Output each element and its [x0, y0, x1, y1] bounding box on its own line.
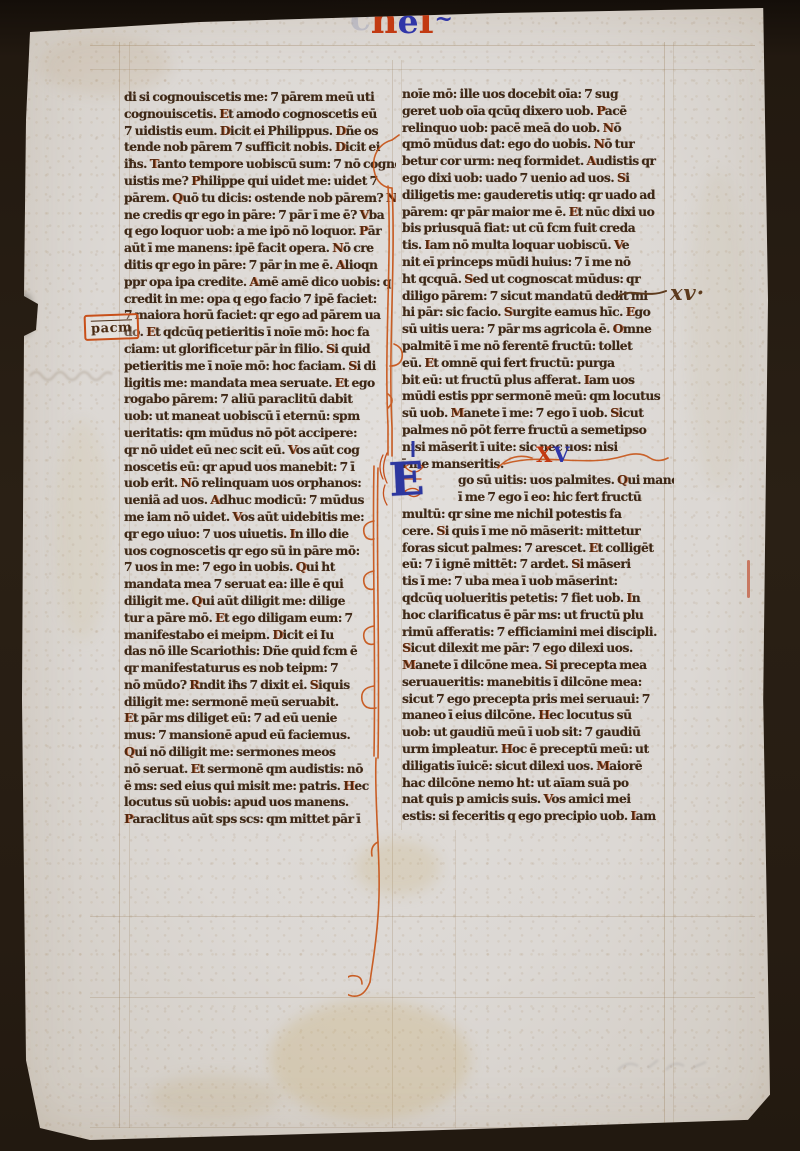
text-line: mūdi estis ppr sermonē meū: qm locutus [402, 388, 674, 405]
text-line: qmō mūdus dat: ego do uobis. Nō tur [402, 136, 674, 153]
text-line: uob: ut maneat uobiscū ī eternū: spm [124, 408, 396, 425]
text-line: geret uob oīa qcūq dixero uob. Pacē [402, 103, 674, 120]
text-line: noīe mō: ille uos docebit oīa: 7 sug [402, 86, 674, 103]
text-line: ueniā ad uos. Adhuc modicū: 7 mūdus [124, 492, 396, 509]
text-line: q ego loquor uob: a me ipō nō loquor. Pā… [124, 223, 396, 240]
text-line: me iam nō uidet. Vos aūt uidebitis me: [124, 509, 396, 526]
text-line: diligit me: sermonē meū seruabit. [124, 694, 396, 711]
text-line: iħs. Tanto tempore uobiscū sum: 7 nō cog… [124, 156, 396, 173]
red-margin-tick [747, 560, 750, 598]
text-line: uistis me? Philippe qui uidet me: uidet … [124, 173, 396, 190]
parchment-stain [270, 1000, 470, 1120]
text-line: qdcūq uolueritis petetis: 7 fiet uob. In [402, 590, 674, 607]
running-header-letter: ~ [435, 8, 451, 30]
ruling-line [90, 997, 755, 998]
text-line: tis ī me: 7 uba mea ī uob māserint: [402, 573, 674, 590]
parchment-stain [55, 420, 110, 640]
chapter-v: V [553, 442, 569, 467]
text-line: qr ego uiuo: 7 uos uiuetis. In illo die [124, 526, 396, 543]
text-line: foras sicut palmes: 7 arescet. Et collig… [402, 540, 674, 557]
text-line: bit eū: ut fructū plus afferat. Iam uos [402, 372, 674, 389]
chapter-number-inline: XV [536, 444, 570, 465]
initial-stem-icon [409, 441, 417, 457]
text-column-left: di si cognouiscetis me: 7 pārem meū utic… [124, 89, 396, 828]
text-line: aūt ī me manens: ipē facit opera. Nō cre [124, 240, 396, 257]
text-line: Qui nō diligit me: sermones meos [124, 744, 396, 761]
ruling-line [119, 42, 120, 1128]
running-header-letter: e [398, 5, 419, 38]
ruling-line [90, 69, 755, 70]
text-line: uos cognoscetis qr ego sū in pāre mō: [124, 543, 396, 560]
text-line: multū: qr sine me nichil potestis fa [402, 506, 674, 523]
text-line: eū: 7 ī ignē mittēt: 7 ardet. Si māseri [402, 556, 674, 573]
text-line: ego dixi uob: uado 7 uenio ad uos. Si [402, 170, 674, 187]
chapter-x: X [536, 442, 552, 467]
text-line: hac dilcōne nemo ht: ut aīam suā po [402, 775, 674, 792]
text-line: mus: 7 mansionē apud eū faciemus. [124, 727, 396, 744]
text-line: ē ms: sed eius qui misit me: patris. Hec [124, 778, 396, 795]
text-line: ueritatis: qm mūdus nō pōt accipere: [124, 425, 396, 442]
text-line: nō mūdo? Rndit iħs 7 dixit ei. Siquis [124, 677, 396, 694]
text-line: rimū afferatis: 7 efficiamini mei discip… [402, 624, 674, 641]
text-line: Manete ī dilcōne mea. Si precepta mea [402, 657, 674, 674]
text-line: palmitē ī me nō ferentē fructū: tollet [402, 338, 674, 355]
text-line: eū. Et omnē qui fert fructū: purga [402, 355, 674, 372]
text-line: uob: ut gaudiū meū ī uob sit: 7 gaudiū [402, 724, 674, 741]
text-line: diligit me. Qui aūt diligit me: dilige [124, 593, 396, 610]
parchment-stain [355, 840, 440, 895]
text-line: seruaueritis: manebitis ī dilcōne mea: [402, 674, 674, 691]
text-line: estis: si feceritis q ego precipio uob. … [402, 808, 674, 825]
swash-icon [616, 285, 668, 301]
text-line: hi pār: sic facio. Surgite eamus hīc. Eg… [402, 304, 674, 321]
text-line: sū uitis uera: 7 pār ms agricola ē. Omne [402, 321, 674, 338]
text-line: credit in me: opa q ego facio 7 ipē faci… [124, 291, 396, 308]
text-line: ditis qr ego in pāre: 7 pār in me ē. Ali… [124, 257, 396, 274]
parchment-stain [688, 170, 748, 490]
text-line: 7 maiora horū faciet: qr ego ad pārem ua [124, 307, 396, 324]
text-line: rogabo pārem: 7 aliū paraclitū dabit [124, 391, 396, 408]
text-line: ne credis qr ego in pāre: 7 pār ī me ē? … [124, 207, 396, 224]
text-line: mandata mea 7 seruat ea: ille ē qui [124, 576, 396, 593]
text-line: Sicut dilexit me pār: 7 ego dilexi uos. [402, 640, 674, 657]
parchment-stain [150, 1075, 280, 1120]
gloss-text: pacm [91, 320, 133, 336]
text-line: betur cor urm: neq formidet. Audistis qr [402, 153, 674, 170]
text-line: ligitis me: mandata mea seruate. Et ego [124, 375, 396, 392]
text-line: pārem. Quō tu dicis: ostende nob pārem? … [124, 190, 396, 207]
chapter-margin-label: xv· [670, 280, 705, 305]
text-line: tende nob pārem 7 sufficit nobis. Dicit … [124, 139, 396, 156]
ruling-line [90, 1127, 750, 1128]
running-header-letter: c [350, 2, 371, 36]
photo-backdrop: cheſ~ di si cognouiscetis me: 7 pārem me… [0, 0, 800, 1151]
text-line: qr nō uidet eū nec scit eū. Vos aūt cog [124, 442, 396, 459]
running-header-letter: h [371, 2, 398, 39]
ruling-line [455, 830, 456, 1128]
ruling-line [90, 916, 755, 917]
text-line: Et pār ms diliget eū: 7 ad eū uenie [124, 710, 396, 727]
manuscript-leaf: cheſ~ di si cognouiscetis me: 7 pārem me… [0, 0, 800, 1151]
text-line: nat quis p amicis suis. Vos amici mei [402, 791, 674, 808]
ruling-line [90, 45, 755, 46]
chapter-number-margin: xv· [616, 280, 705, 305]
text-line: noscetis eū: qr apud uos manebit: 7 ī [124, 459, 396, 476]
faint-pencil-mark [612, 1050, 722, 1080]
text-line: nit eī princeps mūdi huius: 7 ī me nō [402, 254, 674, 271]
text-line: locutus sū uobis: apud uos manens. [124, 794, 396, 811]
text-line: relinquo uob: pacē meā do uob. Nō [402, 120, 674, 137]
illuminated-initial-E: E [375, 451, 437, 509]
running-header: cheſ~ [350, 2, 451, 39]
text-line: qr manifestaturus es nob teipm: 7 [124, 660, 396, 677]
parchment-stain [40, 35, 170, 95]
text-line: pārem: qr pār maior me ē. Et nūc dixi uo [402, 204, 674, 221]
text-line: cere. Si quis ī me nō māserit: mittetur [402, 523, 674, 540]
text-line: ppr opa ipa credite. Amē amē dico uobis:… [124, 274, 396, 291]
text-line: go sū uitis: uos palmites. Qui manet [402, 472, 674, 489]
text-line: urm impleatur. Hoc ē preceptū meū: ut [402, 741, 674, 758]
text-line: 7 uidistis eum. Dicit ei Philippus. Dñe … [124, 123, 396, 140]
text-line: petieritis me ī noīe mō: hoc faciam. Si … [124, 358, 396, 375]
text-line: cognouiscetis. Et amodo cognoscetis eū [124, 106, 396, 123]
text-line: di si cognouiscetis me: 7 pārem meū uti [124, 89, 396, 106]
text-line: 7 uos in me: 7 ego in uobis. Qui ht [124, 559, 396, 576]
text-line: sū uob. Manete ī me: 7 ego ī uob. Sicut [402, 405, 674, 422]
text-line: nō seruat. Et sermonē qm audistis: nō [124, 761, 396, 778]
text-line: do. Et qdcūq petieritis ī noīe mō: hoc f… [124, 324, 396, 341]
initial-letter: E [388, 452, 426, 506]
text-line: diligatis īuicē: sicut dilexi uos. Maior… [402, 758, 674, 775]
text-line: sicut 7 ego precepta pris mei seruaui: 7 [402, 691, 674, 708]
torn-edge-shadow [18, 292, 32, 336]
text-line: ciam: ut glorificetur pār in filio. Si q… [124, 341, 396, 358]
text-line: ī me 7 ego ī eo: hic fert fructū [402, 489, 674, 506]
text-line: tis. Iam nō multa loquar uobiscū. Ve [402, 237, 674, 254]
text-line: diligetis me: gauderetis utiq: qr uado a… [402, 187, 674, 204]
text-line: das nō ille Scariothis: Dñe quid fcm ē [124, 643, 396, 660]
running-header-letter: ſ [419, 2, 435, 39]
text-line: bis priusquā fiat: ut cū fcm fuit creda [402, 220, 674, 237]
faint-marginal-note [26, 360, 118, 386]
marginal-gloss: pacm [84, 313, 140, 341]
text-line: hoc clarificatus ē pār ms: ut fructū plu [402, 607, 674, 624]
text-line: uob erit. Nō relinquam uos orphanos: [124, 475, 396, 492]
text-line: manifestabo ei meipm. Dicit ei Iu [124, 627, 396, 644]
text-line: tur a pāre mō. Et ego diligam eum: 7 [124, 610, 396, 627]
text-line: palmes nō pōt ferre fructū a semetipso [402, 422, 674, 439]
text-line: maneo ī eius dilcōne. Hec locutus sū [402, 707, 674, 724]
text-line: Paraclitus aūt sps scs: qm mittet pār ī [124, 811, 396, 828]
